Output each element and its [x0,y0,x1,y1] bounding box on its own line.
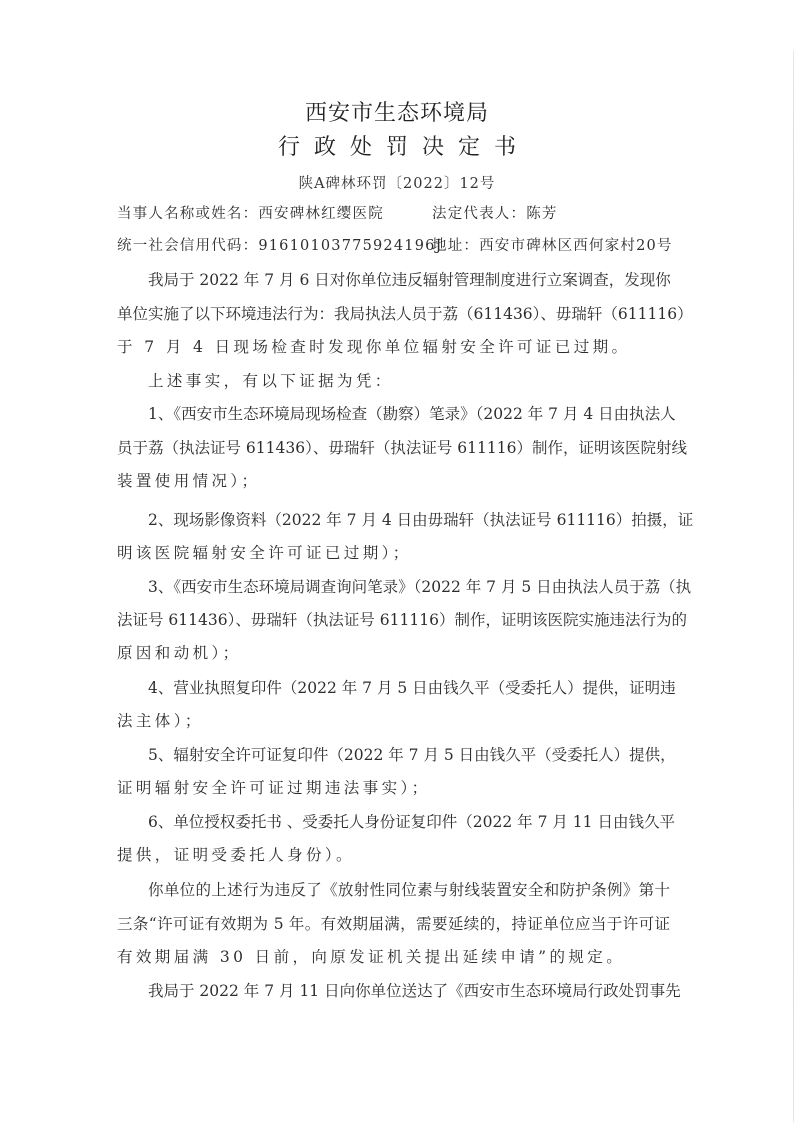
body-line: 上述事实，有以下证据为凭： [148,368,670,394]
body-line: 3、《西安市生态环境局调查询问笔录》（2022 年 7 月 5 日由执法人员于荔… [148,574,670,600]
body-line: 有效期届满 30 日前，向原发证机关提出延续申请”的规定。 [117,944,670,970]
party-name-label: 当事人名称或姓名： [117,206,258,222]
address-label: 地址： [432,238,479,254]
address-value: 西安市碑林区西何家村20号 [479,238,673,254]
body-line: 法主体）； [117,708,670,734]
body-line: 于 7 月 4 日现场检查时发现你单位辐射安全许可证已过期。 [117,334,670,360]
credit-code-row: 统一社会信用代码：91610103775924196J 地址：西安市碑林区西何家… [117,234,677,258]
legal-rep-field: 法定代表人：陈芳 [432,202,558,226]
body-line: 2、现场影像资料（2022 年 7 月 4 日由毋瑞轩（执法证号 611116）… [148,507,670,533]
body-line: 1、《西安市生态环境局现场检查（勘察）笔录》（2022 年 7 月 4 日由执法… [148,401,670,427]
body-line: 证明辐射安全许可证过期违法事实）； [117,775,670,801]
document-page: 西安市生态环境局 行政处罚决定书 陕A碑林环罚〔2022〕12号 当事人名称或姓… [0,0,794,1122]
address-field: 地址：西安市碑林区西何家村20号 [432,234,673,258]
body-line: 5、辐射安全许可证复印件（2022 年 7 月 5 日由钱久平（受委托人）提供， [148,742,670,768]
credit-code-label: 统一社会信用代码： [117,238,258,254]
body-line: 我局于 2022 年 7 月 11 日向你单位送达了《西安市生态环境局行政处罚事… [148,978,670,1004]
body-line: 6、单位授权委托书 、受委托人身份证复印件（2022 年 7 月 11 日由钱久… [148,809,670,835]
document-number: 陕A碑林环罚〔2022〕12号 [0,173,794,195]
body-line: 我局于 2022 年 7 月 6 日对你单位违反辐射管理制度进行立案调查，发现你 [148,267,670,293]
body-line: 单位实施了以下环境违法行为：我局执法人员于荔（611436）、毋瑞轩（61111… [117,301,670,327]
legal-rep-value: 陈芳 [526,206,557,222]
body-line: 原因和动机）； [117,640,670,666]
body-line: 明该医院辐射安全许可证已过期）； [117,540,670,566]
body-line: 4、营业执照复印件（2022 年 7 月 5 日由钱久平（受委托人）提供，证明违 [148,675,670,701]
body-line: 提供，证明受委托人身份）。 [117,842,670,868]
body-line: 三条“许可证有效期为 5 年。有效期届满，需要延续的，持证单位应当于许可证 [117,911,670,937]
body-line: 员于荔（执法证号 611436）、毋瑞轩（执法证号 611116）制作，证明该医… [117,435,670,461]
credit-code-value: 91610103775924196J [258,238,442,254]
organization-title: 西安市生态环境局 [0,100,794,128]
document-type-title: 行政处罚决定书 [0,133,794,163]
body-line: 装置使用情况）； [117,468,670,494]
party-name-value: 西安碑林红缨医院 [258,206,384,222]
legal-rep-label: 法定代表人： [432,206,526,222]
party-name-row: 当事人名称或姓名：西安碑林红缨医院 法定代表人：陈芳 [117,202,677,226]
body-line: 你单位的上述行为违反了《放射性同位素与射线装置安全和防护条例》第十 [148,877,670,903]
body-line: 法证号 611436）、毋瑞轩（执法证号 611116）制作，证明该医院实施违法… [117,607,670,633]
